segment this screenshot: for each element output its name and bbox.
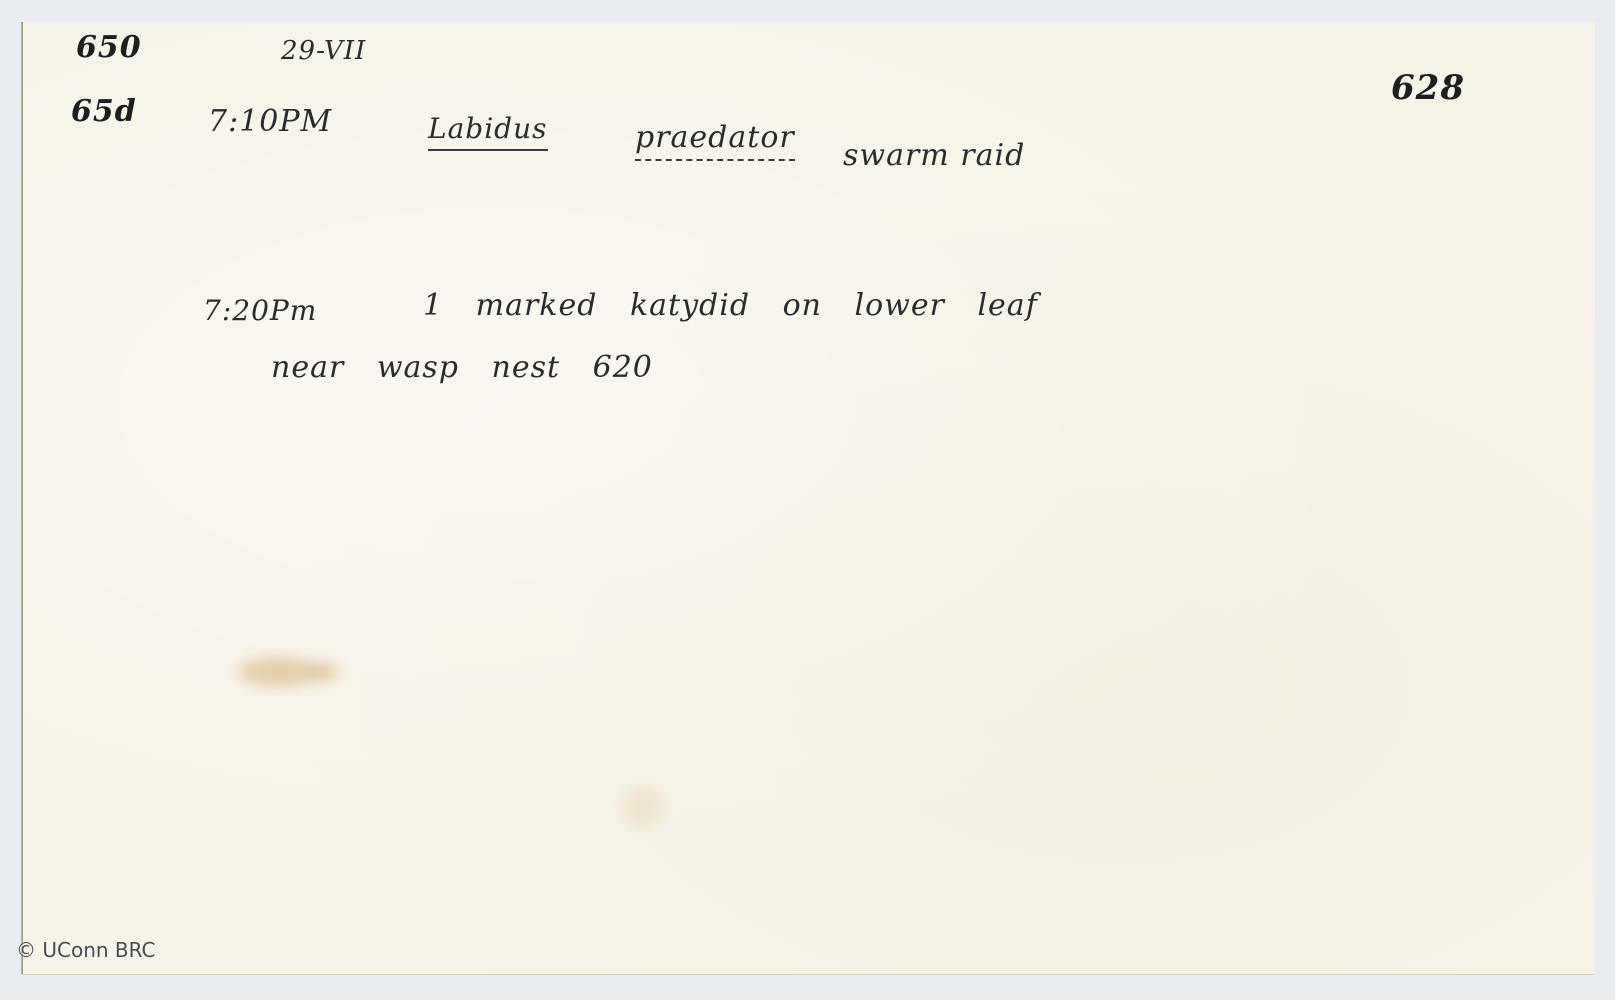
stain-mark [308,662,338,682]
stain-mark [238,657,318,687]
copyright-credit: © UConn BRC [16,938,156,962]
entry-2-time: 7:20Pm [203,294,317,327]
entry-1-genus: Labidus [428,112,548,151]
card-number: 628 [1391,68,1465,108]
stain-mark [623,787,663,827]
catalog-number-1: 650 [76,30,142,65]
catalog-number-2: 65d [71,94,137,129]
entry-1-species: praedator [635,120,795,161]
field-note-card: 650 65d 29-VII 628 7:10PM Labidus praeda… [22,22,1595,974]
entry-1-time: 7:10PM [208,104,332,139]
date: 29-VII [281,36,366,66]
entry-1-note: swarm raid [843,138,1025,173]
entry-2-line-2: near wasp nest 620 [271,350,653,385]
entry-2-line-1: 1 marked katydid on lower leaf [423,288,1038,323]
